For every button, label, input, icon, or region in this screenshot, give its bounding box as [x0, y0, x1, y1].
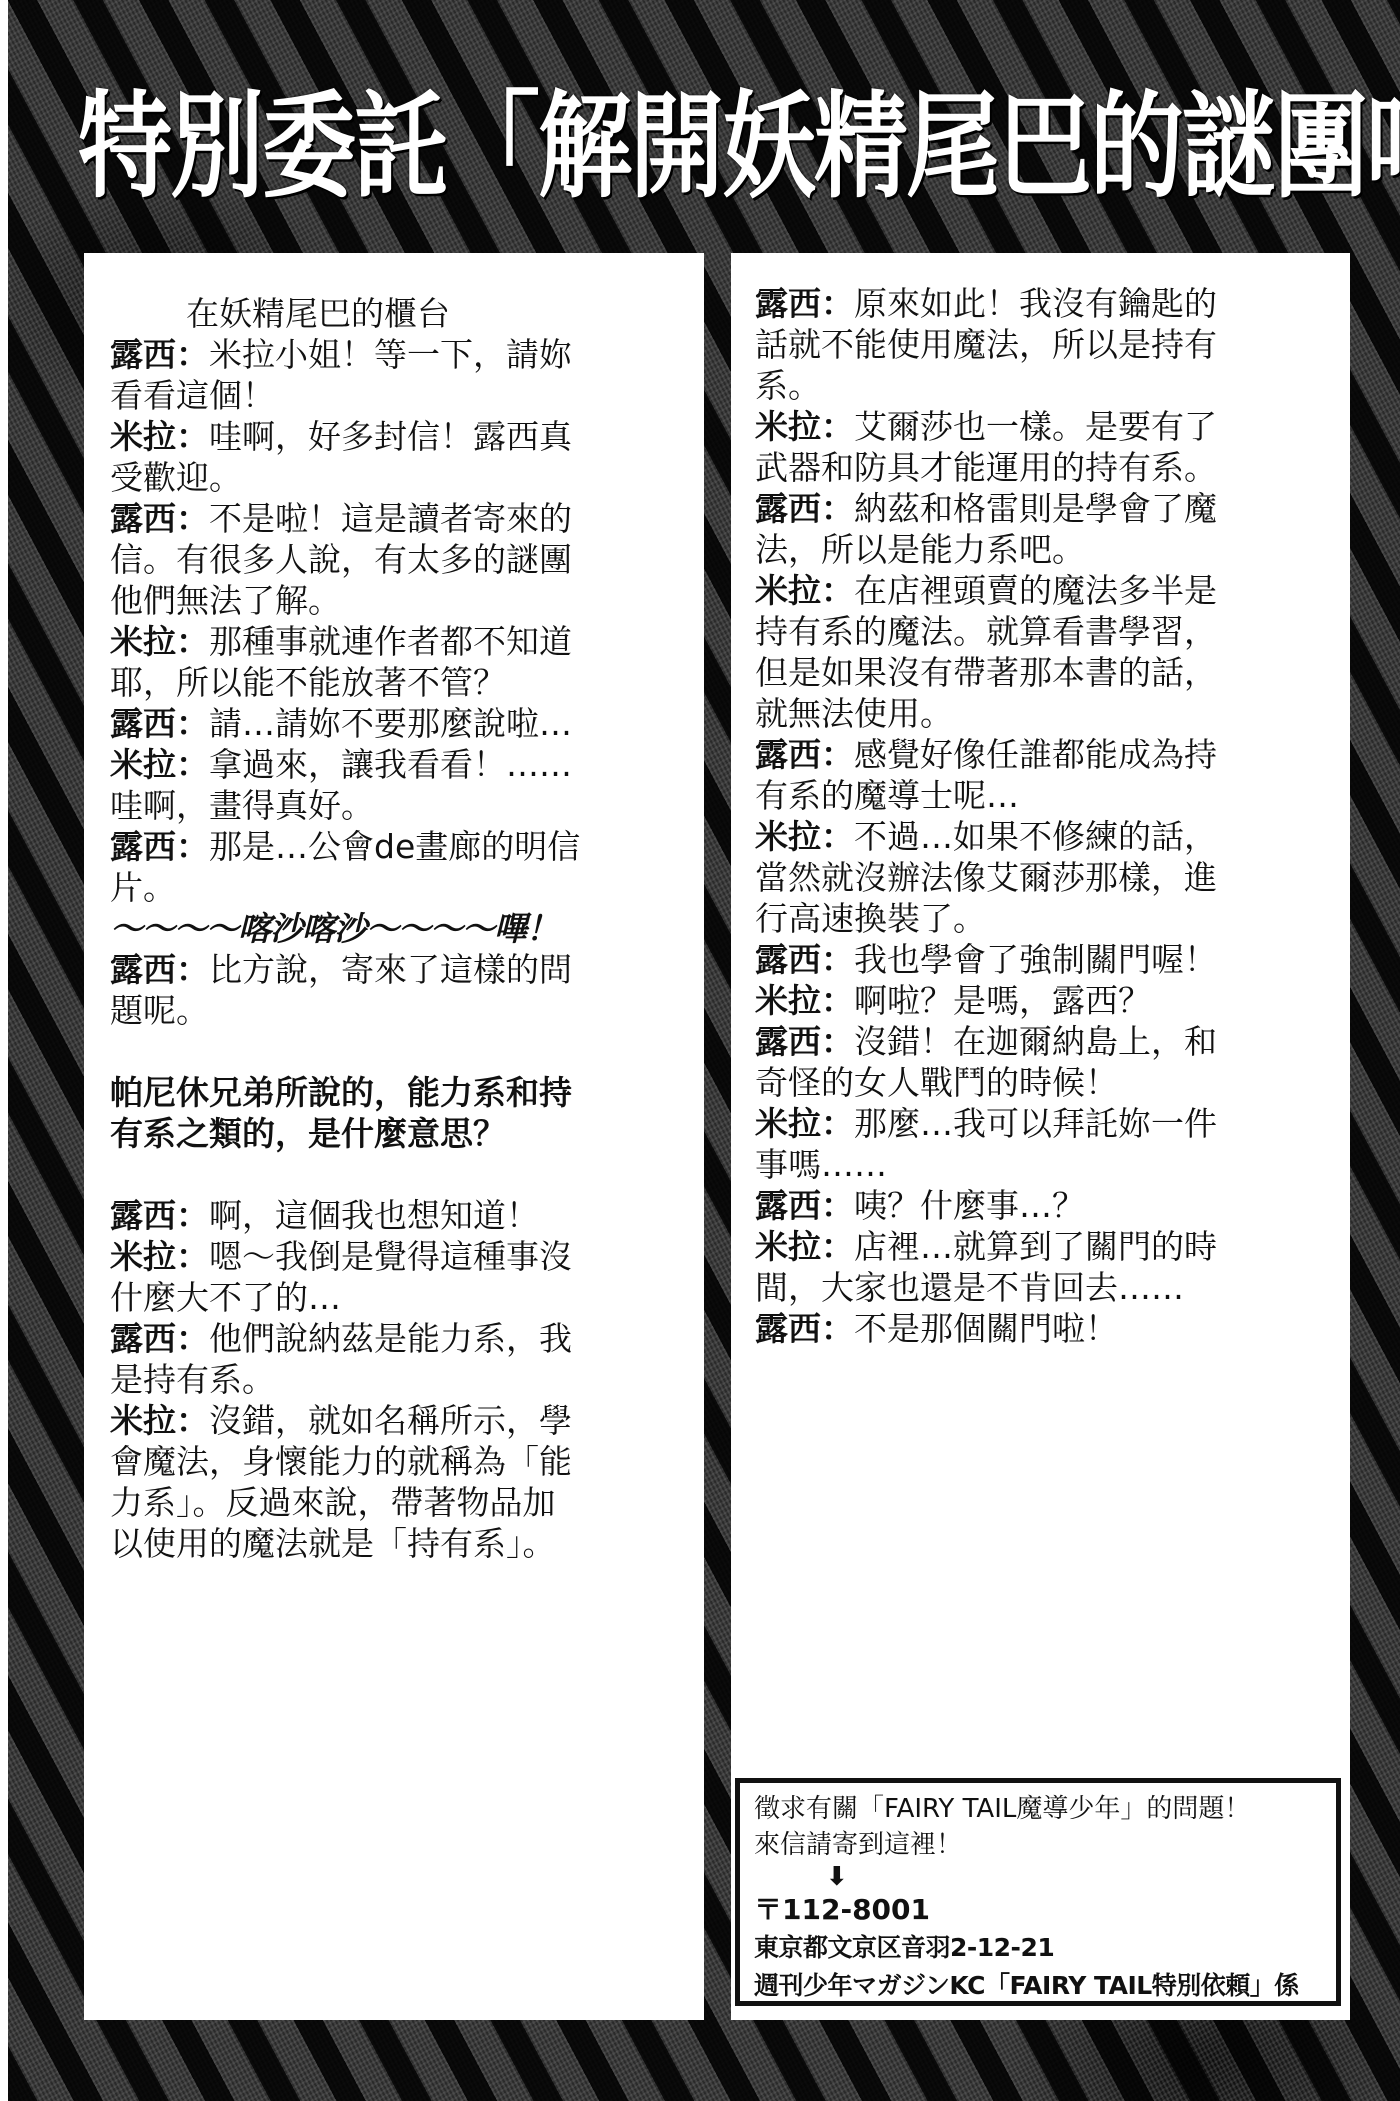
- speaker-name: 露西：: [755, 1022, 854, 1061]
- dialog-continuation: 會魔法，身懷能力的就稱為「能: [110, 1441, 678, 1482]
- dialog-text: 那種事就連作者都不知道: [209, 622, 572, 661]
- dialog-text: 不是啦！這是讀者寄來的: [209, 499, 572, 538]
- dialog-continuation: 法，所以是能力系吧。: [755, 529, 1326, 570]
- dialog-continuation: 有系的魔導士呢…: [755, 775, 1326, 816]
- dialog-line: 米拉：沒錯，就如名稱所示，學: [110, 1400, 678, 1441]
- speaker-name: 米拉：: [110, 1401, 209, 1440]
- address-send-here: 來信請寄到這裡！: [754, 1827, 1322, 1863]
- dialog-line: 露西：啊，這個我也想知道！: [110, 1195, 678, 1236]
- dialog-line: 露西：咦？什麼事…？: [755, 1185, 1326, 1226]
- dialog-line: 露西：感覺好像任誰都能成為持: [755, 734, 1326, 775]
- blank-line: [110, 1031, 678, 1072]
- reader-question: 有系之類的，是什麼意思？: [110, 1113, 678, 1154]
- dialog-continuation: 話就不能使用魔法，所以是持有: [755, 324, 1326, 365]
- dialog-line: 露西：我也學會了強制關門喔！: [755, 939, 1326, 980]
- dialog-continuation: 題呢。: [110, 990, 678, 1031]
- address-box: 徵求有關「FAIRY TAIL魔導少年」的問題！ 來信請寄到這裡！ ⬇ 〒112…: [735, 1778, 1341, 2006]
- speaker-name: 露西：: [755, 489, 854, 528]
- dialog-line: 露西：不是啦！這是讀者寄來的: [110, 498, 678, 539]
- dialog-line: 露西：原來如此！我沒有鑰匙的: [755, 283, 1326, 324]
- dialog-continuation: 是持有系。: [110, 1359, 678, 1400]
- dialog-text: 嗯～我倒是覺得這種事沒: [209, 1237, 572, 1276]
- dialog-text: 請…請妳不要那麼說啦…: [209, 704, 572, 743]
- speaker-name: 露西：: [110, 1319, 209, 1358]
- dialog-text: 比方說，寄來了這樣的問: [209, 950, 572, 989]
- dialog-text: 沒錯，就如名稱所示，學: [209, 1401, 572, 1440]
- speaker-name: 米拉：: [755, 1104, 854, 1143]
- dialog-continuation: 信。有很多人說，有太多的謎團: [110, 539, 678, 580]
- dialog-text: 在店裡頭賣的魔法多半是: [854, 571, 1217, 610]
- dialog-line: 米拉：艾爾莎也一樣。是要有了: [755, 406, 1326, 447]
- speaker-name: 露西：: [755, 1309, 854, 1348]
- address-street: 東京都文京区音羽2-12-21: [754, 1929, 1322, 1967]
- dialog-continuation: 受歡迎。: [110, 457, 678, 498]
- dialog-continuation: 看看這個！: [110, 375, 678, 416]
- speaker-name: 露西：: [755, 1186, 854, 1225]
- dialog-text: 他們說納茲是能力系，我: [209, 1319, 572, 1358]
- dialog-text: 哇啊，好多封信！露西真: [209, 417, 572, 456]
- dialog-continuation: 他們無法了解。: [110, 580, 678, 621]
- speaker-name: 露西：: [110, 499, 209, 538]
- dialog-line: 露西：沒錯！在迦爾納島上，和: [755, 1021, 1326, 1062]
- sound-effect: ～～～～喀沙喀沙～～～～嗶！: [110, 908, 678, 949]
- dialog-text: 不過…如果不修練的話，: [854, 817, 1217, 856]
- dialog-line: 米拉：啊啦？是嗎，露西？: [755, 980, 1326, 1021]
- dialog-text: 不是那個關門啦！: [854, 1309, 1118, 1348]
- address-zip: 〒112-8001: [754, 1891, 1322, 1929]
- dialog-line: 露西：那是…公會de畫廊的明信: [110, 826, 678, 867]
- dialog-text: 艾爾莎也一樣。是要有了: [854, 407, 1217, 446]
- speaker-name: 米拉：: [110, 1237, 209, 1276]
- dialog-text: 啊啦？是嗎，露西？: [854, 981, 1151, 1020]
- dialog-continuation: 武器和防具才能運用的持有系。: [755, 447, 1326, 488]
- dialog-continuation: 什麼大不了的…: [110, 1277, 678, 1318]
- address-recipient: 週刊少年マガジンKC「FAIRY TAIL特別依頼」係: [754, 1967, 1322, 2005]
- speaker-name: 米拉：: [755, 1227, 854, 1266]
- dialog-line: 米拉：那麼…我可以拜託妳一件: [755, 1103, 1326, 1144]
- dialog-line: 米拉：不過…如果不修練的話，: [755, 816, 1326, 857]
- dialog-text: 納茲和格雷則是學會了魔: [854, 489, 1217, 528]
- dialog-continuation: 系。: [755, 365, 1326, 406]
- dialog-text: 啊，這個我也想知道！: [209, 1196, 539, 1235]
- dialog-line: 露西：米拉小姐！等一下，請妳: [110, 334, 678, 375]
- reader-question: 帕尼休兄弟所說的，能力系和持: [110, 1072, 678, 1113]
- dialog-line: 露西：比方說，寄來了這樣的問: [110, 949, 678, 990]
- speaker-name: 露西：: [110, 1196, 209, 1235]
- dialog-text: 我也學會了強制關門喔！: [854, 940, 1217, 979]
- dialog-line: 露西：請…請妳不要那麼說啦…: [110, 703, 678, 744]
- speaker-name: 米拉：: [110, 622, 209, 661]
- dialog-line: 米拉：嗯～我倒是覺得這種事沒: [110, 1236, 678, 1277]
- dialog-text: 店裡…就算到了關門的時: [854, 1227, 1217, 1266]
- dialog-continuation: 耶，所以能不能放著不管？: [110, 662, 678, 703]
- scene-heading: 在妖精尾巴的櫃台: [110, 293, 678, 334]
- dialog-line: 露西：納茲和格雷則是學會了魔: [755, 488, 1326, 529]
- dialog-line: 露西：他們說納茲是能力系，我: [110, 1318, 678, 1359]
- down-arrow-icon: ⬇: [754, 1863, 1322, 1891]
- speaker-name: 露西：: [110, 704, 209, 743]
- dialog-text: 那麼…我可以拜託妳一件: [854, 1104, 1217, 1143]
- dialog-text: 米拉小姐！等一下，請妳: [209, 335, 572, 374]
- dialog-text: 原來如此！我沒有鑰匙的: [854, 284, 1217, 323]
- speaker-name: 露西：: [755, 284, 854, 323]
- speaker-name: 露西：: [755, 940, 854, 979]
- dialog-continuation: 哇啊，畫得真好。: [110, 785, 678, 826]
- right-text-panel: 露西：原來如此！我沒有鑰匙的話就不能使用魔法，所以是持有系。米拉：艾爾莎也一樣。…: [731, 253, 1350, 2020]
- dialog-text: 感覺好像任誰都能成為持: [854, 735, 1217, 774]
- dialog-continuation: 片。: [110, 867, 678, 908]
- dialog-line: 露西：不是那個關門啦！: [755, 1308, 1326, 1349]
- dialog-continuation: 持有系的魔法。就算看書學習，: [755, 611, 1326, 652]
- dialog-continuation: 以使用的魔法就是「持有系」。: [110, 1523, 678, 1564]
- speaker-name: 露西：: [110, 950, 209, 989]
- dialog-continuation: 力系」。反過來說，帶著物品加: [110, 1482, 678, 1523]
- speaker-name: 露西：: [110, 827, 209, 866]
- dialog-text: 咦？什麼事…？: [854, 1186, 1085, 1225]
- dialog-continuation: 當然就沒辦法像艾爾莎那樣，進: [755, 857, 1326, 898]
- dialog-continuation: 但是如果沒有帶著那本書的話，: [755, 652, 1326, 693]
- speaker-name: 米拉：: [755, 817, 854, 856]
- dialog-line: 米拉：那種事就連作者都不知道: [110, 621, 678, 662]
- speaker-name: 露西：: [755, 735, 854, 774]
- dialog-text: 拿過來，讓我看看！……: [209, 745, 572, 784]
- speaker-name: 米拉：: [110, 417, 209, 456]
- dialog-continuation: 就無法使用。: [755, 693, 1326, 734]
- dialog-text: 沒錯！在迦爾納島上，和: [854, 1022, 1217, 1061]
- dialog-continuation: 間，大家也還是不肯回去……: [755, 1267, 1326, 1308]
- speaker-name: 米拉：: [755, 407, 854, 446]
- address-call-for-questions: 徵求有關「FAIRY TAIL魔導少年」的問題！: [754, 1791, 1322, 1827]
- left-text-panel: 在妖精尾巴的櫃台露西：米拉小姐！等一下，請妳看看這個！米拉：哇啊，好多封信！露西…: [84, 253, 704, 2020]
- dialog-line: 米拉：在店裡頭賣的魔法多半是: [755, 570, 1326, 611]
- speaker-name: 露西：: [110, 335, 209, 374]
- speaker-name: 米拉：: [755, 981, 854, 1020]
- dialog-line: 米拉：哇啊，好多封信！露西真: [110, 416, 678, 457]
- dialog-text: 那是…公會de畫廊的明信: [209, 827, 580, 866]
- speaker-name: 米拉：: [110, 745, 209, 784]
- dialog-continuation: 行高速換裝了。: [755, 898, 1326, 939]
- dialog-line: 米拉：拿過來，讓我看看！……: [110, 744, 678, 785]
- speaker-name: 米拉：: [755, 571, 854, 610]
- page-title: 特別委託「解開妖精尾巴的謎團吧！」: [78, 63, 1338, 234]
- blank-line: [110, 1154, 678, 1195]
- dialog-line: 米拉：店裡…就算到了關門的時: [755, 1226, 1326, 1267]
- dialog-continuation: 奇怪的女人戰鬥的時候！: [755, 1062, 1326, 1103]
- dialog-continuation: 事嗎……: [755, 1144, 1326, 1185]
